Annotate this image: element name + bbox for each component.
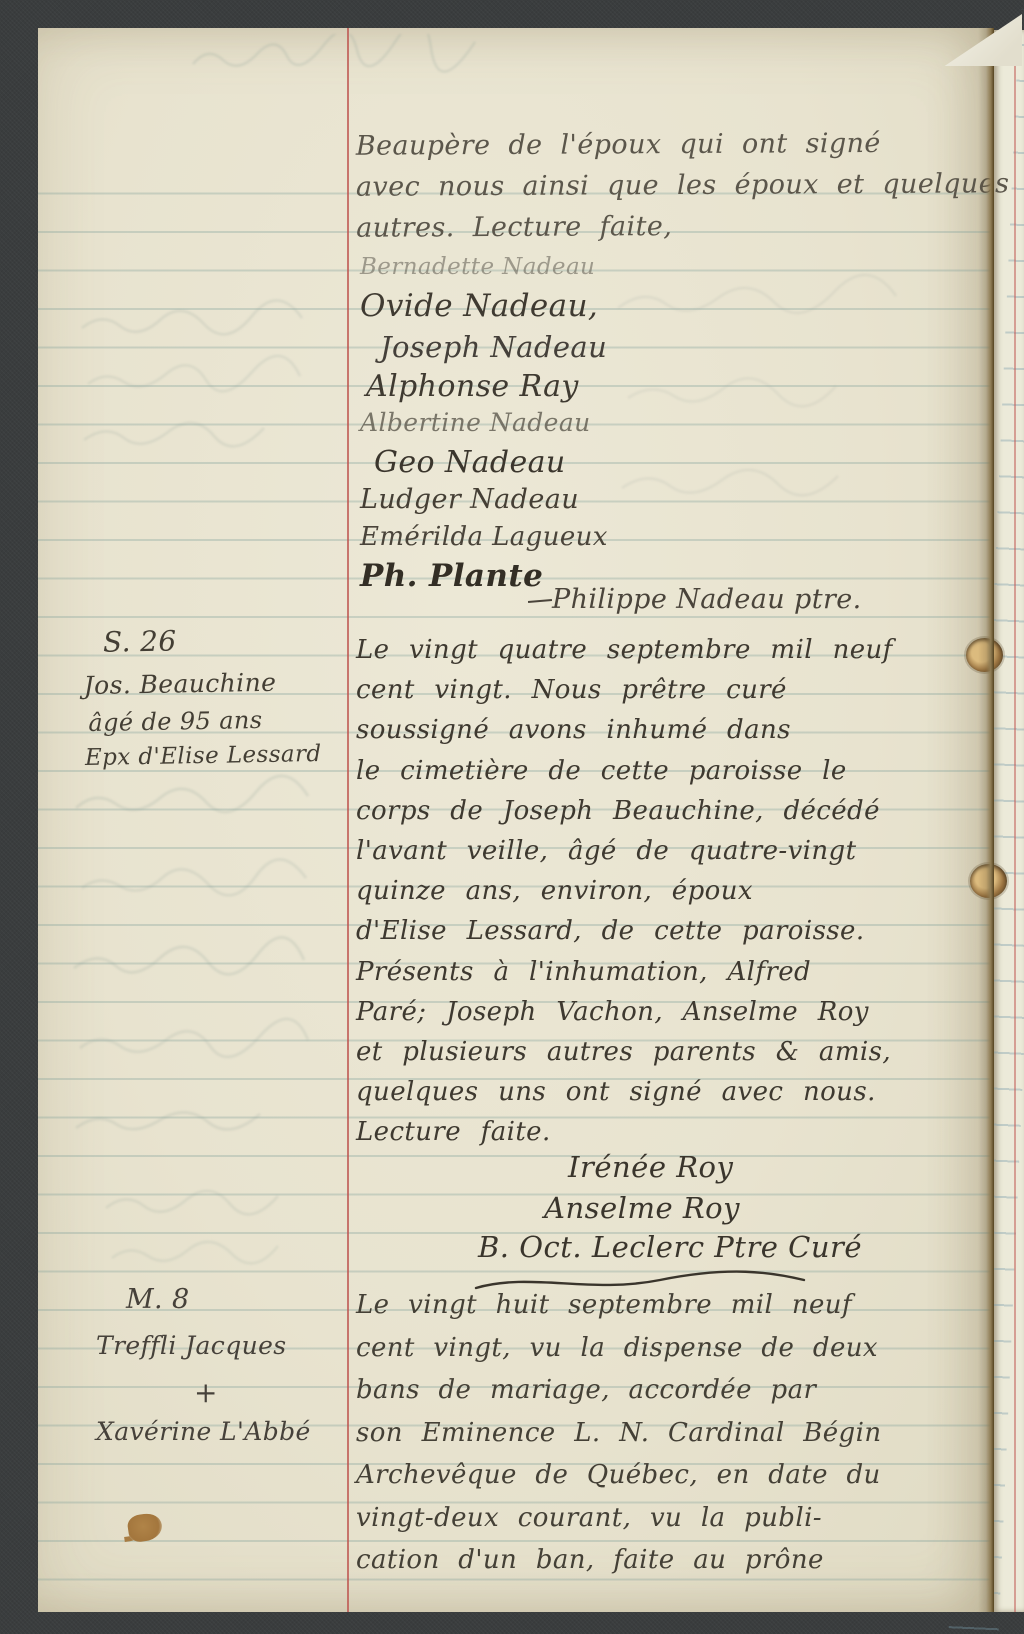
manuscript-line: quinze ans, environ, époux [356, 871, 893, 911]
manuscript-line: et plusieurs autres parents & amis, [356, 1032, 893, 1072]
signature: Albertine Nadeau [360, 408, 608, 445]
manuscript-line: d'Elise Lessard, de cette paroisse. [356, 911, 893, 951]
signature: B. Oct. Leclerc Ptre Curé [478, 1230, 862, 1264]
bleedthrough-ghost-writing [66, 768, 326, 1198]
signature: Emérilda Lagueux [360, 522, 608, 558]
marriage-act-margin-note: M. 8 Treffli Jacques + Xavérine L'Abbé [96, 1284, 311, 1457]
deceased-name: Jos. Beauchine [83, 667, 320, 709]
bleedthrough-ghost-writing [74, 298, 324, 478]
page-fold-gutter [978, 28, 994, 1612]
signature: Ovide Nadeau, [360, 288, 608, 330]
signature: Bernadette Nadeau [360, 254, 608, 288]
manuscript-line: avec nous ainsi que les époux et quelque… [356, 163, 1010, 207]
act-reference: S. 26 [103, 622, 320, 671]
burial-act-text: Le vingt quatre septembre mil neuf cent … [356, 630, 893, 1153]
manuscript-line: Paré; Joseph Vachon, Anselme Roy [356, 992, 893, 1032]
manuscript-line: bans de mariage, accordée par [356, 1369, 881, 1412]
groom-name: Treffli Jacques [96, 1331, 311, 1376]
manuscript-line: cent vingt, vu la dispense de deux [356, 1327, 881, 1370]
bleedthrough-ghost-writing [598, 268, 968, 548]
manuscript-line: son Eminence L. N. Cardinal Bégin [356, 1412, 881, 1455]
register-page: Beaupère de l'époux qui ont signé avec n… [38, 28, 994, 1612]
signature: Geo Nadeau [374, 445, 608, 484]
burial-act-margin-note: S. 26 Jos. Beauchine âgé de 95 ans Epx d… [83, 622, 322, 781]
manuscript-line: cent vingt. Nous prêtre curé [356, 670, 893, 710]
manuscript-line: le cimetière de cette paroisse le [356, 751, 893, 791]
book-scan: Beaupère de l'époux qui ont signé avec n… [0, 0, 1024, 1634]
deceased-spouse: Epx d'Elise Lessard [85, 741, 322, 781]
manuscript-line: l'avant veille, âgé de quatre-vingt [356, 831, 893, 871]
officiant-signature: Philippe Nadeau ptre. [552, 584, 862, 615]
signature: Alphonse Ray [366, 369, 608, 408]
manuscript-line: quelques uns ont signé avec nous. [356, 1072, 893, 1112]
adjacent-page-margin-line [1014, 30, 1016, 1612]
manuscript-line: corps de Joseph Beauchine, décédé [356, 791, 893, 831]
signature: Joseph Nadeau [380, 330, 608, 369]
marriage-act-text: Le vingt huit septembre mil neuf cent vi… [356, 1284, 881, 1582]
act-continuation-text: Beaupère de l'époux qui ont signé avec n… [356, 122, 1010, 248]
signature: Ludger Nadeau [360, 484, 608, 522]
union-mark: + [194, 1376, 311, 1417]
manuscript-line: Le vingt quatre septembre mil neuf [356, 630, 893, 670]
bride-name: Xavérine L'Abbé [96, 1417, 311, 1457]
signature: Irénée Roy [568, 1150, 733, 1184]
witness-signatures: Bernadette Nadeau Ovide Nadeau, Joseph N… [360, 254, 608, 596]
manuscript-line: cation d'un ban, faite au prône [356, 1539, 881, 1582]
manuscript-line: Lecture faite. [356, 1112, 893, 1152]
manuscript-line: Présents à l'inhumation, Alfred [356, 952, 893, 992]
signature: Anselme Roy [544, 1191, 740, 1225]
margin-rule-line [347, 28, 349, 1612]
manuscript-line: Archevêque de Québec, en date du [356, 1454, 881, 1497]
deceased-age: âgé de 95 ans [88, 705, 321, 745]
manuscript-line: vingt-deux courant, vu la publi- [356, 1497, 881, 1540]
manuscript-line: autres. Lecture faite, [356, 204, 1010, 248]
manuscript-line: soussigné avons inhumé dans [356, 710, 893, 750]
manuscript-line: Beaupère de l'époux qui ont signé [356, 122, 1010, 166]
bleedthrough-ghost-writing [98, 1178, 328, 1288]
act-reference: M. 8 [126, 1284, 311, 1331]
adjacent-page-edge [994, 30, 1024, 1612]
manuscript-line: Le vingt huit septembre mil neuf [356, 1284, 881, 1327]
bleedthrough-ghost-writing [188, 34, 518, 84]
